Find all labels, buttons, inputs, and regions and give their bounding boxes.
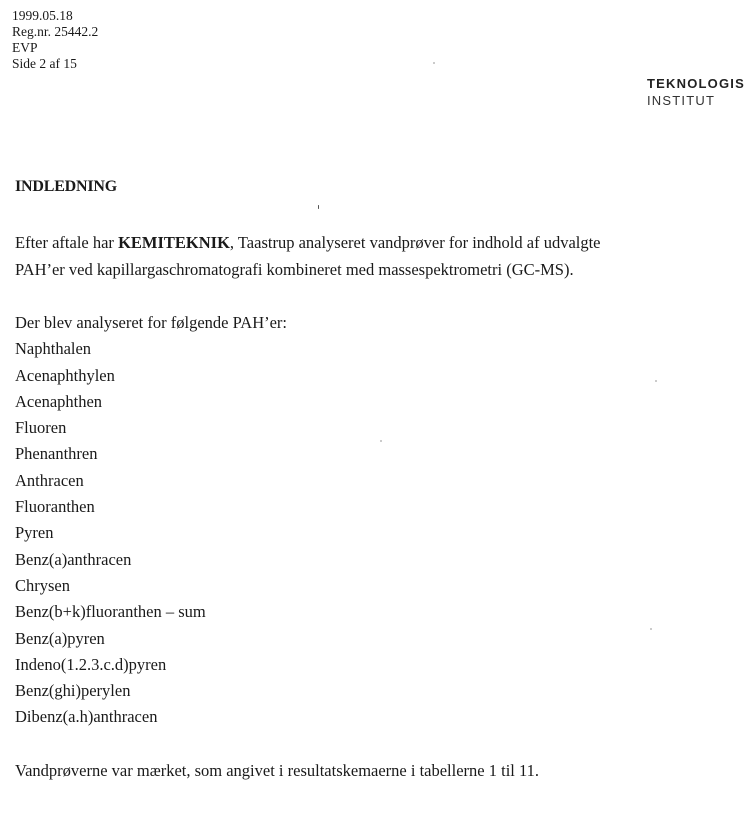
list-item: Benz(a)anthracen — [15, 547, 287, 573]
scan-speck — [655, 380, 657, 382]
list-item: Pyren — [15, 520, 287, 546]
closing-paragraph: Vandprøverne var mærket, som angivet i r… — [15, 759, 539, 783]
pah-list: Naphthalen Acenaphthylen Acenaphthen Flu… — [15, 336, 287, 730]
logo-line-1: TEKNOLOGIS — [647, 75, 745, 92]
intro-line-2: PAH’er ved kapillargaschromatografi komb… — [15, 257, 601, 284]
intro-text-pre: Efter aftale har — [15, 233, 118, 252]
teknologisk-institut-logo: TEKNOLOGIS INSTITUT — [647, 75, 745, 109]
list-item: Fluoren — [15, 415, 287, 441]
author-initials: EVP — [12, 40, 98, 56]
list-item: Acenaphthylen — [15, 363, 287, 389]
scan-speck — [380, 440, 382, 442]
document-header-meta: 1999.05.18 Reg.nr. 25442.2 EVP Side 2 af… — [12, 8, 98, 72]
intro-line-1: Efter aftale har KEMITEKNIK, Taastrup an… — [15, 230, 601, 257]
list-item: Benz(ghi)perylen — [15, 678, 287, 704]
list-intro-text: Der blev analyseret for følgende PAH’er: — [15, 310, 287, 336]
intro-paragraph: Efter aftale har KEMITEKNIK, Taastrup an… — [15, 230, 601, 283]
section-heading: INDLEDNING — [15, 178, 117, 196]
list-item: Indeno(1.2.3.c.d)pyren — [15, 652, 287, 678]
logo-line-2: INSTITUT — [647, 92, 745, 109]
pah-list-section: Der blev analyseret for følgende PAH’er:… — [15, 310, 287, 731]
list-item: Benz(b+k)fluoranthen – sum — [15, 599, 287, 625]
intro-text-post: , Taastrup analyseret vandprøver for ind… — [230, 233, 601, 252]
page-number: Side 2 af 15 — [12, 56, 98, 72]
list-item: Fluoranthen — [15, 494, 287, 520]
scan-speck — [318, 205, 319, 209]
scan-speck — [650, 628, 652, 630]
list-item: Naphthalen — [15, 336, 287, 362]
company-name: KEMITEKNIK — [118, 233, 230, 252]
document-date: 1999.05.18 — [12, 8, 98, 24]
scan-speck — [433, 62, 435, 64]
registration-number: Reg.nr. 25442.2 — [12, 24, 98, 40]
list-item: Acenaphthen — [15, 389, 287, 415]
list-item: Anthracen — [15, 468, 287, 494]
list-item: Benz(a)pyren — [15, 626, 287, 652]
list-item: Chrysen — [15, 573, 287, 599]
list-item: Phenanthren — [15, 441, 287, 467]
list-item: Dibenz(a.h)anthracen — [15, 704, 287, 730]
